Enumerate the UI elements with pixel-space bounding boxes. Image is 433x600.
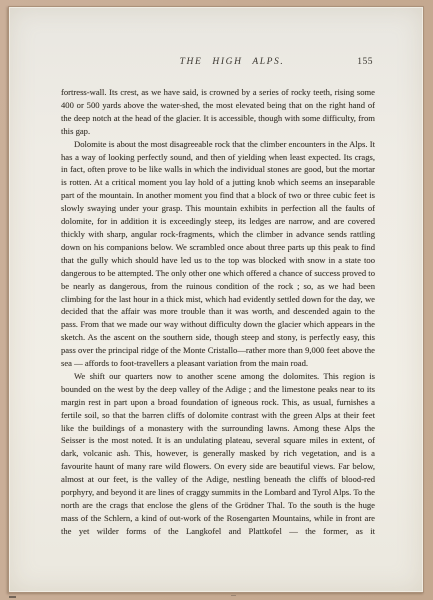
page: THE HIGH ALPS. 155 fortress-wall. Its cr…: [8, 6, 424, 593]
scan-speck: [231, 595, 236, 596]
page-body: fortress-wall. Its crest, as we have sai…: [61, 86, 375, 538]
paragraph: Dolomite is about the most disagreeable …: [61, 138, 375, 370]
book-page-scan: THE HIGH ALPS. 155 fortress-wall. Its cr…: [0, 0, 433, 600]
page-number: 155: [357, 57, 373, 67]
scan-speck: [9, 596, 16, 598]
page-header: THE HIGH ALPS. 155: [61, 57, 375, 71]
paragraph: We shift our quarters now to another sce…: [61, 370, 375, 538]
paragraph: fortress-wall. Its crest, as we have sai…: [61, 86, 375, 138]
running-head: THE HIGH ALPS.: [75, 57, 389, 67]
